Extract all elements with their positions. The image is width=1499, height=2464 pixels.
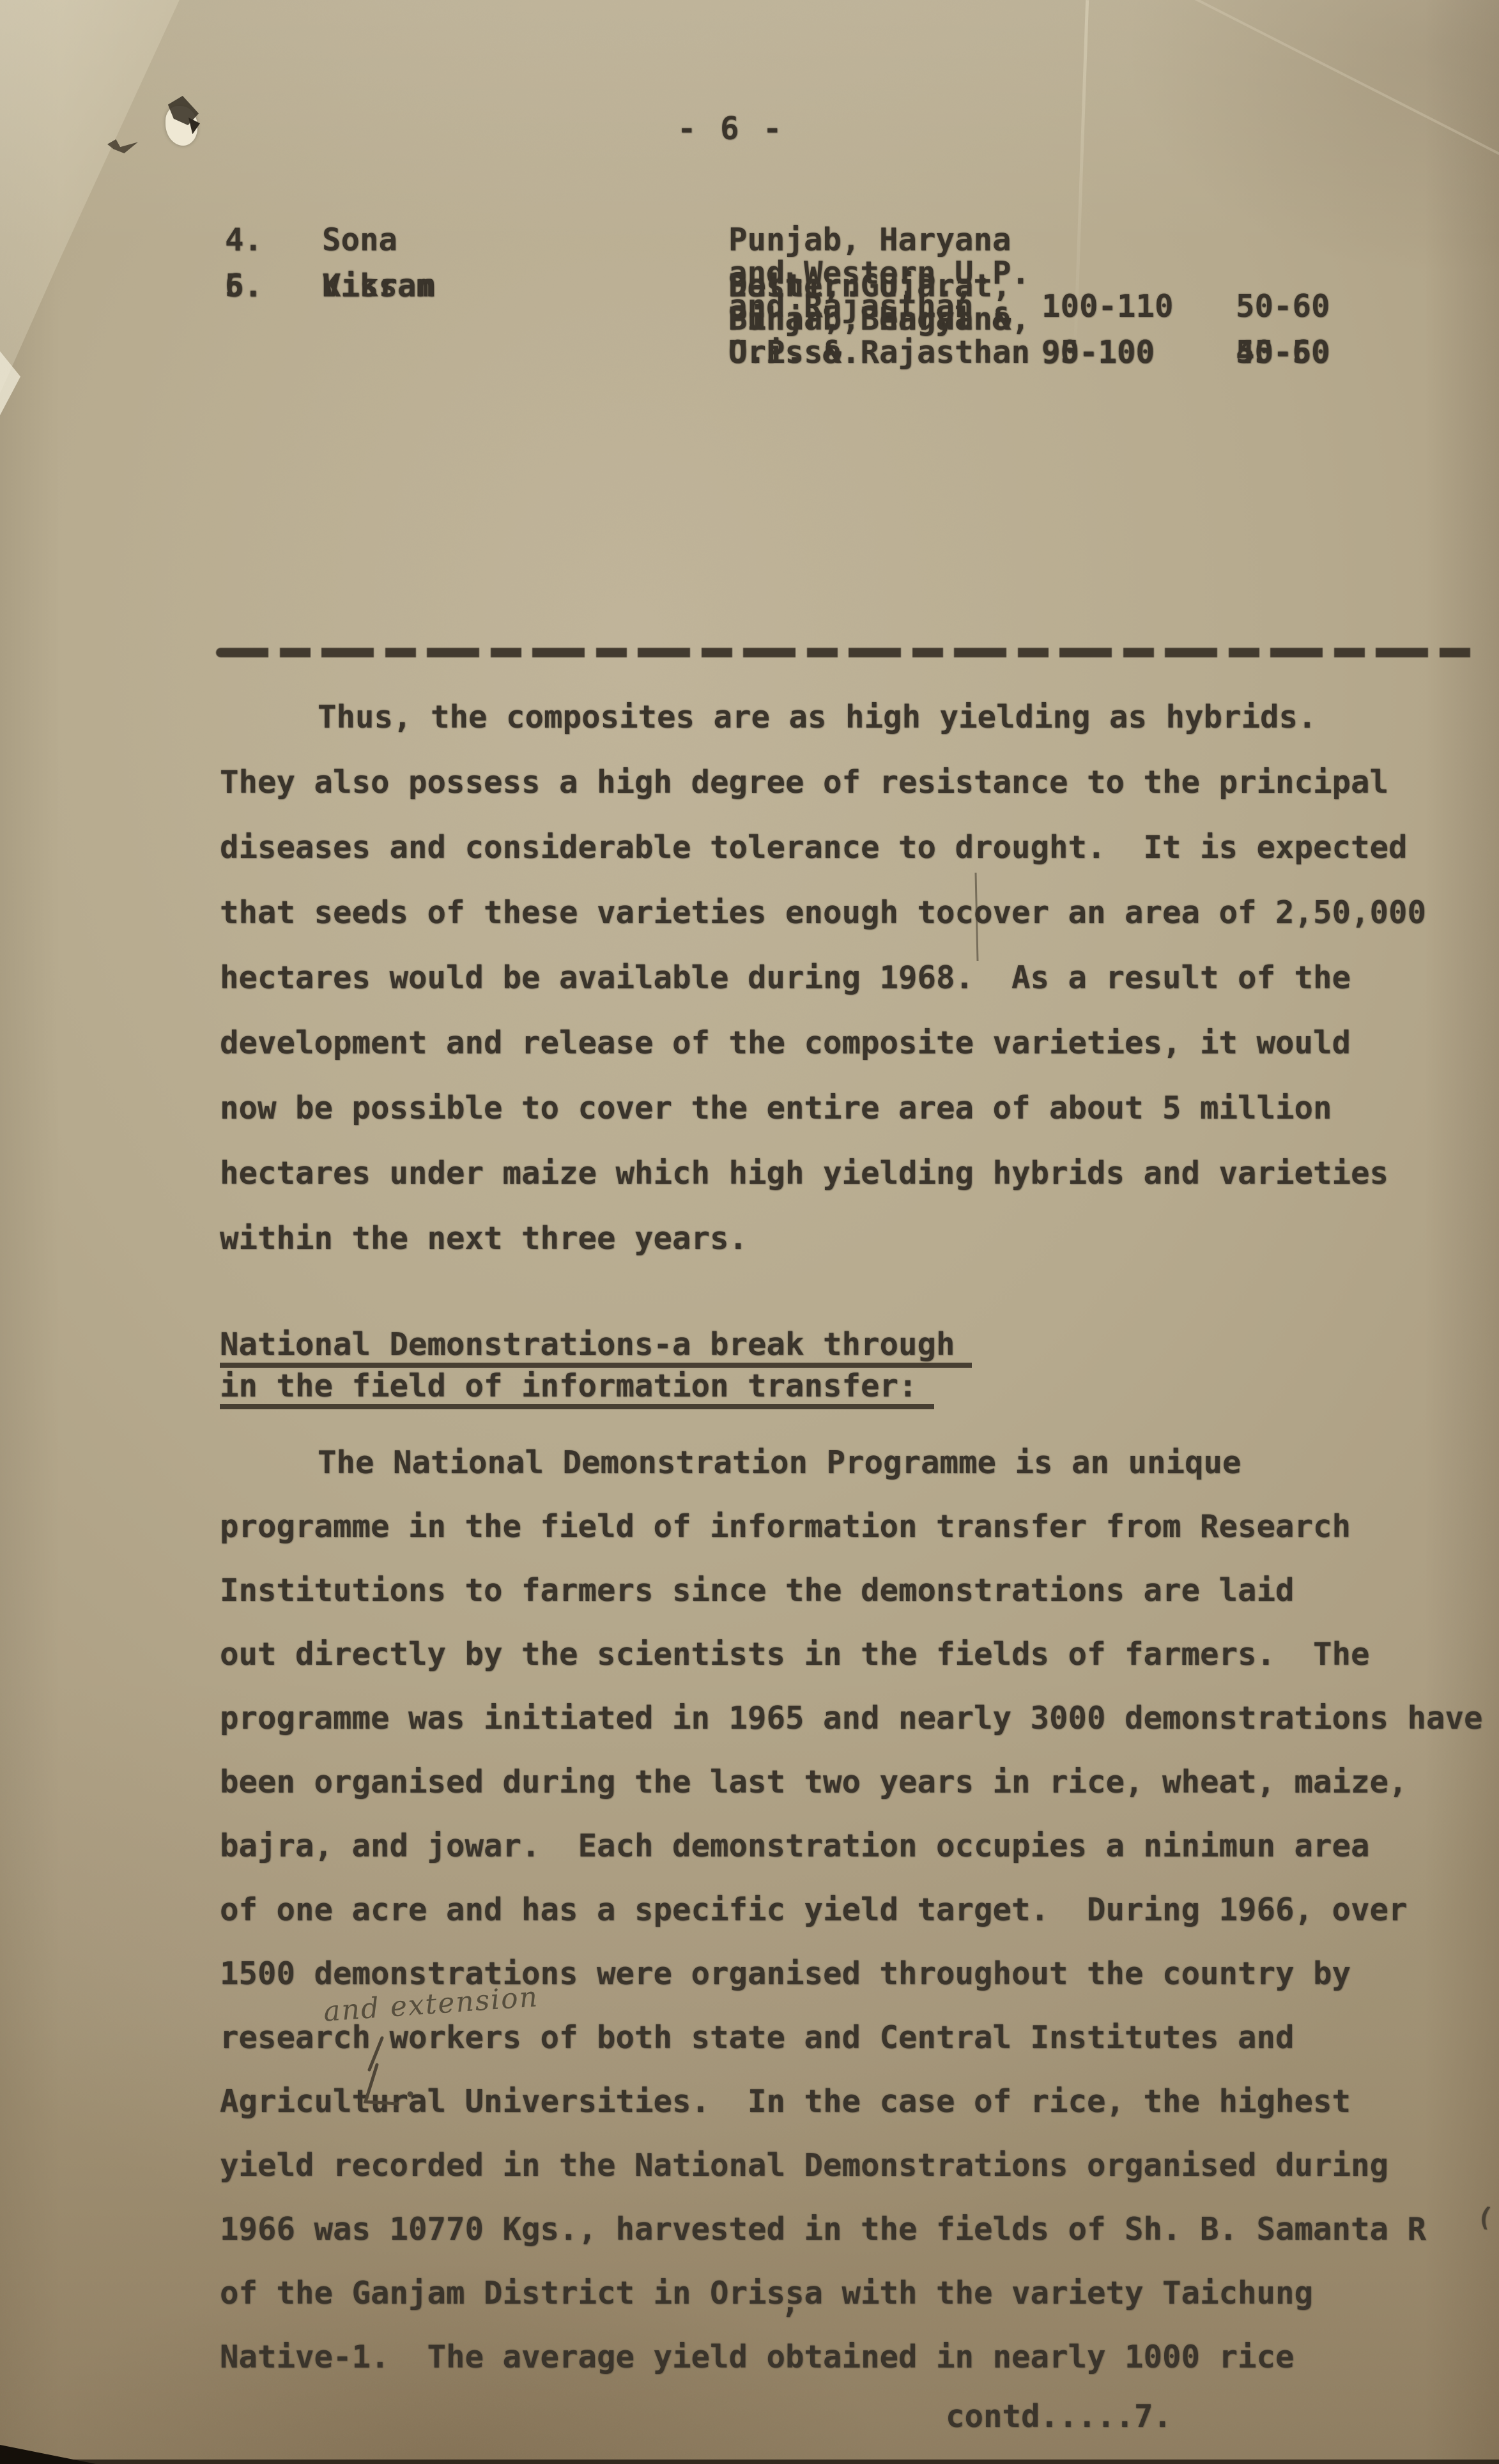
para-line: hectares under maize which high yielding… (220, 1141, 1426, 1206)
para-line: diseases and considerable tolerance to d… (220, 815, 1426, 880)
scan-bottom-edge (0, 2460, 1499, 2464)
diagonal-crease (1149, 0, 1499, 197)
para-line: of the Ganjam District in Orissa with th… (220, 2261, 1483, 2325)
variety-name: Kissan (322, 270, 435, 303)
paragraph-composites: Thus, the composites are as high yieldin… (220, 685, 1426, 1271)
yield-range: 95-100 (1042, 336, 1155, 369)
row-number: 4. (225, 224, 263, 257)
page-number: - 6 - (677, 112, 785, 146)
para-line: 1966 was 10770 Kgs., harvested in the fi… (220, 2198, 1483, 2261)
para-line: Native-1. The average yield obtained in … (220, 2325, 1483, 2389)
para-line: hectares would be available during 1968.… (220, 945, 1426, 1011)
para-line: The National Demonstration Programme is … (220, 1431, 1483, 1495)
region-line: Bihar, Bengal & (728, 303, 1011, 336)
stray-typed-comma: , (781, 2284, 800, 2320)
para-line: out directly by the scientists in the fi… (220, 1623, 1483, 1687)
cut-off-edge-character: ( (1475, 2202, 1495, 2233)
continuation-footer: contd.....7. (946, 2400, 1172, 2433)
irrigated-range: 50-60 (1236, 290, 1330, 323)
row-number: 6. (225, 270, 263, 303)
para-line: They also possess a high degree of resis… (220, 750, 1426, 815)
typewritten-document-page: { "colors": { "paper": "#b6aa8e", "ink":… (0, 0, 1499, 2464)
para-line: now be possible to cover the entire area… (220, 1076, 1426, 1141)
para-line: programme in the field of information tr… (220, 1495, 1483, 1559)
para-line: within the next three years. (220, 1206, 1426, 1271)
torn-corner-flap (0, 0, 230, 447)
para-line: development and release of the composite… (220, 1011, 1426, 1076)
para-line: yield recorded in the National Demonstra… (220, 2134, 1483, 2198)
section-heading: National Demonstrations-a break through … (220, 1326, 972, 1409)
paragraph-national-demonstrations: The National Demonstration Programme is … (220, 1431, 1483, 2389)
dashed-divider-rule (216, 648, 1478, 657)
para-line: been organised during the last two years… (220, 1750, 1483, 1814)
para-line: Institutions to farmers since the demons… (220, 1559, 1483, 1623)
region-cell: Eastern U.P., Bihar, Bengal & Orissa. (728, 270, 1011, 369)
torn-left-edge (0, 345, 20, 415)
region-line: Punjab, Haryana (728, 224, 1030, 257)
para-line: Thus, the composites are as high yieldin… (220, 685, 1426, 750)
ink-smudge-mark (107, 139, 138, 153)
para-line: of one acre and has a specific yield tar… (220, 1878, 1483, 1942)
para-line: that seeds of these varieties enough toc… (220, 880, 1426, 945)
heading-line: National Demonstrations-a break through (220, 1326, 972, 1368)
para-line: Agricultural Universities. In the case o… (220, 2070, 1483, 2134)
heading-line: in the field of information transfer: (220, 1368, 934, 1409)
para-line: programme was initiated in 1965 and near… (220, 1687, 1483, 1750)
region-line: Eastern U.P., (728, 270, 1011, 303)
irrigated-range: 45-50 (1236, 336, 1330, 369)
yield-range: 100-110 (1042, 290, 1174, 323)
scan-bottom-corner (0, 2445, 96, 2464)
variety-name: Sona (322, 224, 397, 257)
staple-tear-hole (163, 96, 203, 149)
region-line: Orissa. (728, 336, 1011, 369)
para-line: bajra, and jowar. Each demonstration occ… (220, 1814, 1483, 1878)
